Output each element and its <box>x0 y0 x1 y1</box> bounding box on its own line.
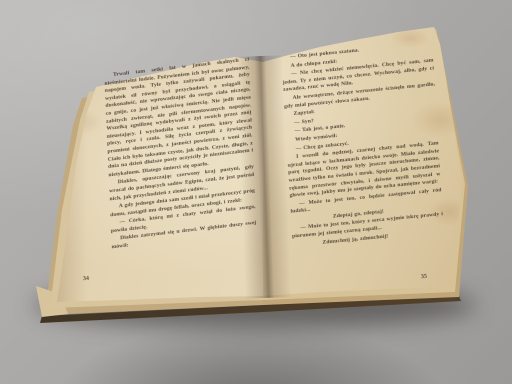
page-number-left: 34 <box>83 276 89 282</box>
paragraph: Trwali tam setki lat w jamach skalnych c… <box>104 56 254 179</box>
left-page-text: Trwali tam setki lat w jamach skalnych c… <box>104 56 257 252</box>
page-number-right: 35 <box>421 274 427 280</box>
right-page-text: — Oto jest pokusa szatana. A do chłopa r… <box>281 40 444 251</box>
photo-scene: Trwali tam setki lat w jamach skalnych c… <box>0 0 512 384</box>
